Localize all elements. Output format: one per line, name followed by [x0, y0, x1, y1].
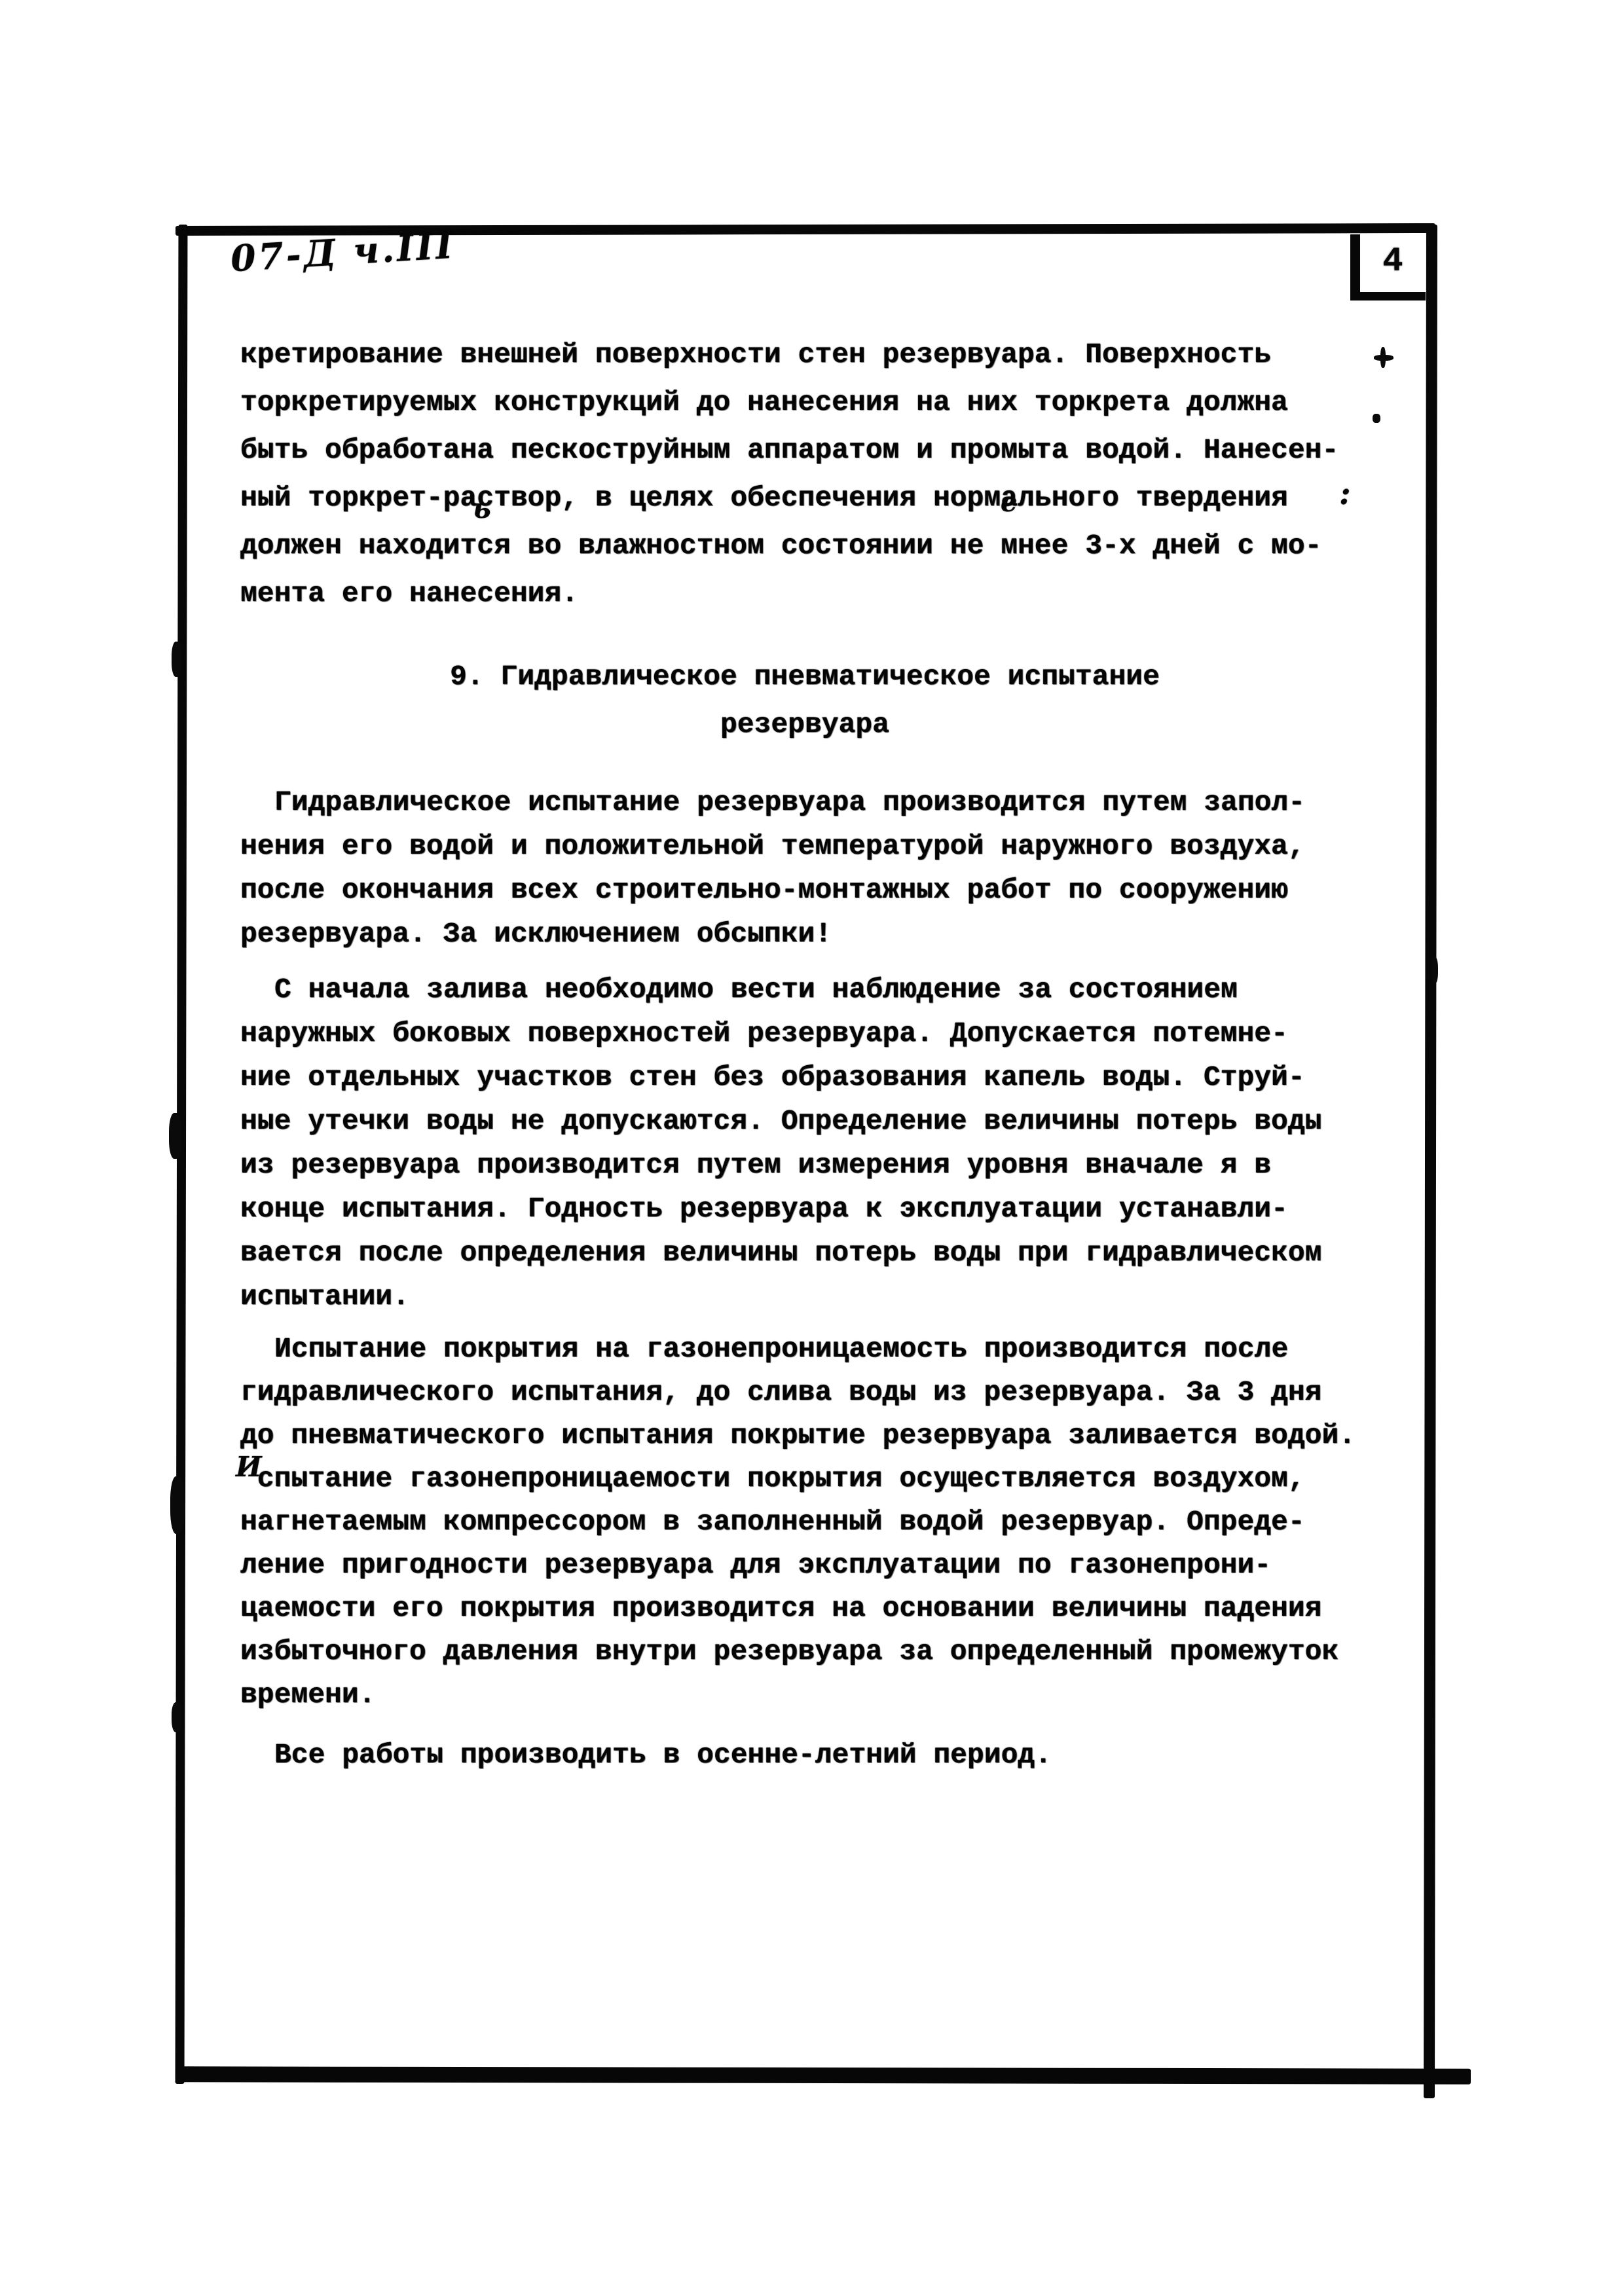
page-number-box: 4 [1350, 234, 1426, 301]
scan-speck [172, 642, 182, 677]
scan-speck [1431, 957, 1438, 983]
scan-speck [1380, 347, 1386, 368]
handwritten-e-correction: е [1001, 487, 1017, 518]
scanned-document-page: 4 07-Д ч.III кретирование внешней поверх… [0, 0, 1624, 2296]
section-heading: 9. Гидравлическое пневматическое испытан… [240, 653, 1369, 748]
page-border-bottom [175, 2066, 1471, 2084]
handwritten-soft-sign-correction: ь [473, 492, 491, 524]
paragraph-observation: С начала залива необходимо вести наблюде… [240, 968, 1393, 1319]
scan-speck [169, 1113, 182, 1159]
page-border-right [1424, 225, 1437, 2098]
paragraph-hydraulic-test: Гидравлическое испытание резервуара прои… [240, 780, 1393, 956]
scan-speck [1373, 414, 1380, 423]
scan-speck [172, 1702, 182, 1732]
page-number: 4 [1360, 242, 1426, 281]
handwritten-colon-mark: : [1339, 475, 1351, 512]
scan-speck [170, 1476, 185, 1534]
paragraph-torkret: кретирование внешней поверхности стен ре… [240, 331, 1393, 617]
handwritten-i-correction: И [236, 1451, 262, 1483]
paragraph-gas-test: Испытание покрытия на газонепроницаемост… [240, 1328, 1393, 1717]
paragraph-final-note: Все работы производить в осенне-летний п… [240, 1734, 1393, 1777]
